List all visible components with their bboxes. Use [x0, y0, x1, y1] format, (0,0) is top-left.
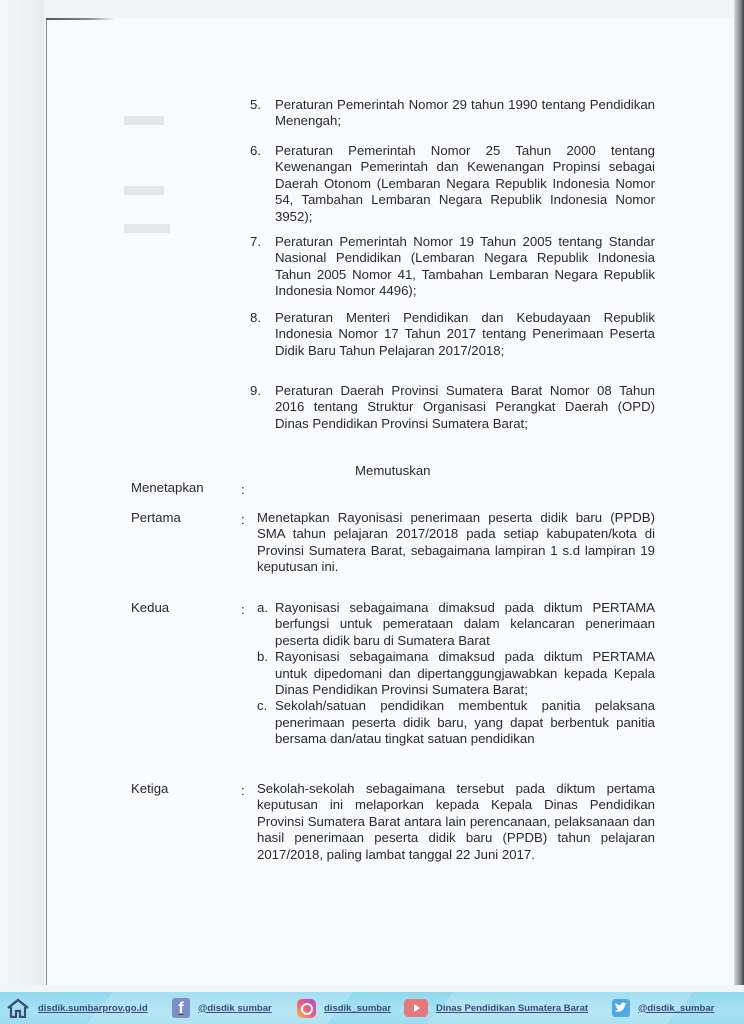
bleed-through	[124, 224, 170, 233]
item-number: 7.	[250, 234, 261, 250]
bleed-through	[124, 186, 164, 195]
pertama-label: Pertama	[131, 510, 181, 525]
item-letter: a.	[257, 600, 268, 616]
social-footer: disdik.sumbarprov.go.id f @disdik sumbar…	[0, 992, 744, 1024]
instagram-label: disdik_sumbar	[324, 1003, 391, 1014]
item-letter: b.	[257, 649, 268, 665]
item-text: Peraturan Daerah Provinsi Sumatera Barat…	[275, 383, 655, 432]
kedua-item-a: a. Rayonisasi sebagaimana dimaksud pada …	[257, 600, 655, 649]
instagram-icon	[297, 999, 316, 1018]
item-text: Rayonisasi sebagaimana dimaksud pada dik…	[275, 649, 655, 698]
facebook-icon: f	[172, 998, 190, 1018]
home-icon	[6, 998, 30, 1018]
kedua-item-c: c. Sekolah/satuan pendidikan membentuk p…	[257, 698, 655, 747]
kedua-label: Kedua	[131, 600, 169, 615]
consideration-item: 5. Peraturan Pemerintah Nomor 29 tahun 1…	[250, 97, 655, 130]
colon: :	[241, 783, 245, 798]
kedua-list: a. Rayonisasi sebagaimana dimaksud pada …	[257, 600, 655, 748]
item-text: Sekolah/satuan pendidikan membentuk pani…	[275, 698, 655, 747]
bleed-through	[124, 116, 164, 125]
kedua-item-b: b. Rayonisasi sebagaimana dimaksud pada …	[257, 649, 655, 698]
colon: :	[241, 512, 245, 527]
consideration-item: 9. Peraturan Daerah Provinsi Sumatera Ba…	[250, 383, 655, 432]
scan-background-left	[0, 0, 44, 985]
item-number: 6.	[250, 143, 261, 159]
scan-shadow-right	[734, 0, 744, 985]
item-text: Peraturan Pemerintah Nomor 25 Tahun 2000…	[275, 143, 655, 225]
item-number: 5.	[250, 97, 261, 113]
facebook-label: @disdik sumbar	[198, 1003, 272, 1014]
consideration-item: 6. Peraturan Pemerintah Nomor 25 Tahun 2…	[250, 143, 655, 225]
website-label: disdik.sumbarprov.go.id	[38, 1003, 148, 1014]
item-number: 9.	[250, 383, 261, 399]
pertama-text: Menetapkan Rayonisasi penerimaan peserta…	[257, 510, 655, 576]
item-number: 8.	[250, 310, 261, 326]
twitter-link[interactable]: @disdik_sumbar	[612, 992, 714, 1024]
consideration-item: 7. Peraturan Pemerintah Nomor 19 Tahun 2…	[250, 234, 655, 300]
instagram-link[interactable]: disdik_sumbar	[297, 992, 391, 1024]
youtube-icon	[404, 999, 428, 1017]
item-text: Peraturan Menteri Pendidikan dan Kebuday…	[275, 310, 655, 359]
twitter-label: @disdik_sumbar	[638, 1003, 714, 1014]
youtube-label: Dinas Pendidikan Sumatera Barat	[436, 1003, 588, 1014]
ketiga-label: Ketiga	[131, 781, 168, 796]
twitter-icon	[612, 999, 630, 1017]
youtube-link[interactable]: Dinas Pendidikan Sumatera Barat	[404, 992, 588, 1024]
facebook-link[interactable]: f @disdik sumbar	[172, 992, 272, 1024]
colon: :	[241, 602, 245, 617]
item-text: Rayonisasi sebagaimana dimaksud pada dik…	[275, 600, 655, 649]
menetapkan-label: Menetapkan	[131, 480, 204, 495]
item-text: Peraturan Pemerintah Nomor 19 Tahun 2005…	[275, 234, 655, 300]
consideration-item: 8. Peraturan Menteri Pendidikan dan Kebu…	[250, 310, 655, 359]
decision-heading: Memutuskan	[355, 463, 431, 478]
page-edge-mark	[46, 18, 116, 20]
website-link[interactable]: disdik.sumbarprov.go.id	[6, 992, 148, 1024]
item-text: Peraturan Pemerintah Nomor 29 tahun 1990…	[275, 97, 655, 130]
colon: :	[241, 482, 245, 497]
ketiga-text: Sekolah-sekolah sebagaimana tersebut pad…	[257, 781, 655, 863]
item-letter: c.	[257, 698, 267, 714]
